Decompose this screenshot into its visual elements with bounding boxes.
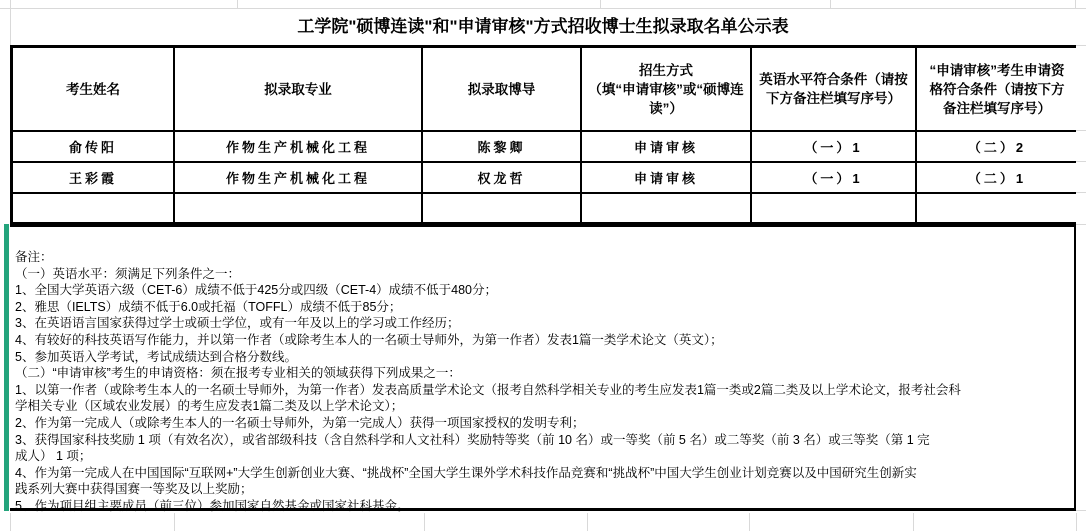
note-line: 2、作为第一完成人（或除考生本人的一名硕士导师外，为第一完成人）获得一项国家授权…	[15, 415, 1068, 432]
notes-cell[interactable]: 备注： （一）英语水平：须满足下列条件之一： 1、全国大学英语六级（CET-6）…	[10, 224, 1076, 511]
cell-qualification[interactable]	[917, 194, 1077, 222]
gridline	[1076, 224, 1086, 225]
note-line: 践系列大赛中获得国赛一等奖及以上奖励；	[15, 481, 1068, 498]
cell-english[interactable]: （一）1	[752, 163, 915, 192]
note-line: 5、作为项目组主要成员（前三位）参加国家自然基金或国家社科基金。	[15, 498, 1068, 515]
note-line: 学相关专业（区域农业发展）的考生应发表1篇二类及以上学术论文）；	[15, 398, 1068, 415]
cell-major[interactable]: 作物生产机械化工程	[175, 132, 421, 161]
gridline	[1076, 161, 1086, 162]
note-line: 备注：	[15, 249, 1068, 266]
cell-major[interactable]	[175, 194, 421, 222]
gridline	[587, 513, 588, 531]
header-application-qualification[interactable]: “申请审核”考生申请资格符合条件（请按下方备注栏填写序号）	[917, 48, 1077, 130]
note-line: 1、全国大学英语六级（CET-6）成绩不低于425分或四级（CET-4）成绩不低…	[15, 282, 1068, 299]
cell-english[interactable]: （一）1	[752, 132, 915, 161]
admission-table: 考生姓名 拟录取专业 拟录取博导 招生方式 （填“申请审核”或“硕博连读”） 英…	[10, 45, 1076, 225]
header-proposed-major[interactable]: 拟录取专业	[175, 48, 421, 130]
gridline	[424, 513, 425, 531]
cell-supervisor[interactable]: 陈黎卿	[423, 132, 580, 161]
sheet-title[interactable]: 工学院"硕博连读"和"申请审核"方式招收博士生拟录取名单公示表	[10, 8, 1076, 45]
header-candidate-name[interactable]: 考生姓名	[13, 48, 173, 130]
cell-english[interactable]	[752, 194, 915, 222]
cell-major[interactable]: 作物生产机械化工程	[175, 163, 421, 192]
cell-name[interactable]	[13, 194, 173, 222]
gridline	[237, 0, 238, 8]
note-line: 4、有较好的科技英语写作能力，并以第一作者（或除考生本人的一名硕士导师外，为第一…	[15, 332, 1068, 349]
gridline	[600, 0, 601, 8]
header-english-level[interactable]: 英语水平符合条件（请按下方备注栏填写序号）	[752, 48, 915, 130]
cell-qualification[interactable]: （二）1	[917, 163, 1077, 192]
gridline	[913, 513, 914, 531]
pane-divider-bar	[4, 224, 9, 511]
header-admission-method[interactable]: 招生方式 （填“申请审核”或“硕博连读”）	[582, 48, 750, 130]
cell-supervisor[interactable]: 权龙哲	[423, 163, 580, 192]
note-line: 2、雅思（IELTS）成绩不低于6.0或托福（TOFFL）成绩不低于85分；	[15, 299, 1068, 316]
gridline	[1076, 510, 1086, 511]
gridline	[1076, 45, 1086, 46]
cell-name[interactable]: 俞传阳	[13, 132, 173, 161]
note-line: 5、参加英语入学考试，考试成绩达到合格分数线。	[15, 349, 1068, 366]
cell-name[interactable]: 王彩霞	[13, 163, 173, 192]
cell-supervisor[interactable]	[423, 194, 580, 222]
gridline	[10, 513, 11, 531]
note-line: 3、获得国家科技奖励 1 项（有效名次），或省部级科技（含自然科学和人文社科）奖…	[15, 432, 1068, 449]
gridline	[1075, 0, 1076, 8]
cell-method[interactable]: 申请审核	[582, 132, 750, 161]
gridline	[749, 513, 750, 531]
note-line: 成人） 1 项；	[15, 448, 1068, 465]
gridline	[1076, 192, 1086, 193]
cell-method[interactable]	[582, 194, 750, 222]
gridline	[1076, 130, 1086, 131]
gridline	[830, 0, 831, 8]
spreadsheet-view: 工学院"硕博连读"和"申请审核"方式招收博士生拟录取名单公示表 考生姓名 拟录取…	[0, 0, 1086, 531]
header-proposed-supervisor[interactable]: 拟录取博导	[423, 48, 580, 130]
note-line: （一）英语水平：须满足下列条件之一：	[15, 266, 1068, 283]
cell-method[interactable]: 申请审核	[582, 163, 750, 192]
note-line: （二）“申请审核”考生的申请资格：须在报考专业相关的领域获得下列成果之一：	[15, 365, 1068, 382]
note-line: 4、作为第一完成人在中国国际“互联网+”大学生创新创业大赛、“挑战杯”全国大学生…	[15, 465, 1068, 482]
gridline	[174, 513, 175, 531]
gridline	[1076, 513, 1077, 531]
cell-qualification[interactable]: （二）2	[917, 132, 1077, 161]
note-line: 3、在英语语言国家获得过学士或硕士学位，或有一年及以上的学习或工作经历；	[15, 315, 1068, 332]
note-line: 1、以第一作者（或除考生本人的一名硕士导师外，为第一作者）发表高质量学术论文（报…	[15, 382, 1068, 399]
